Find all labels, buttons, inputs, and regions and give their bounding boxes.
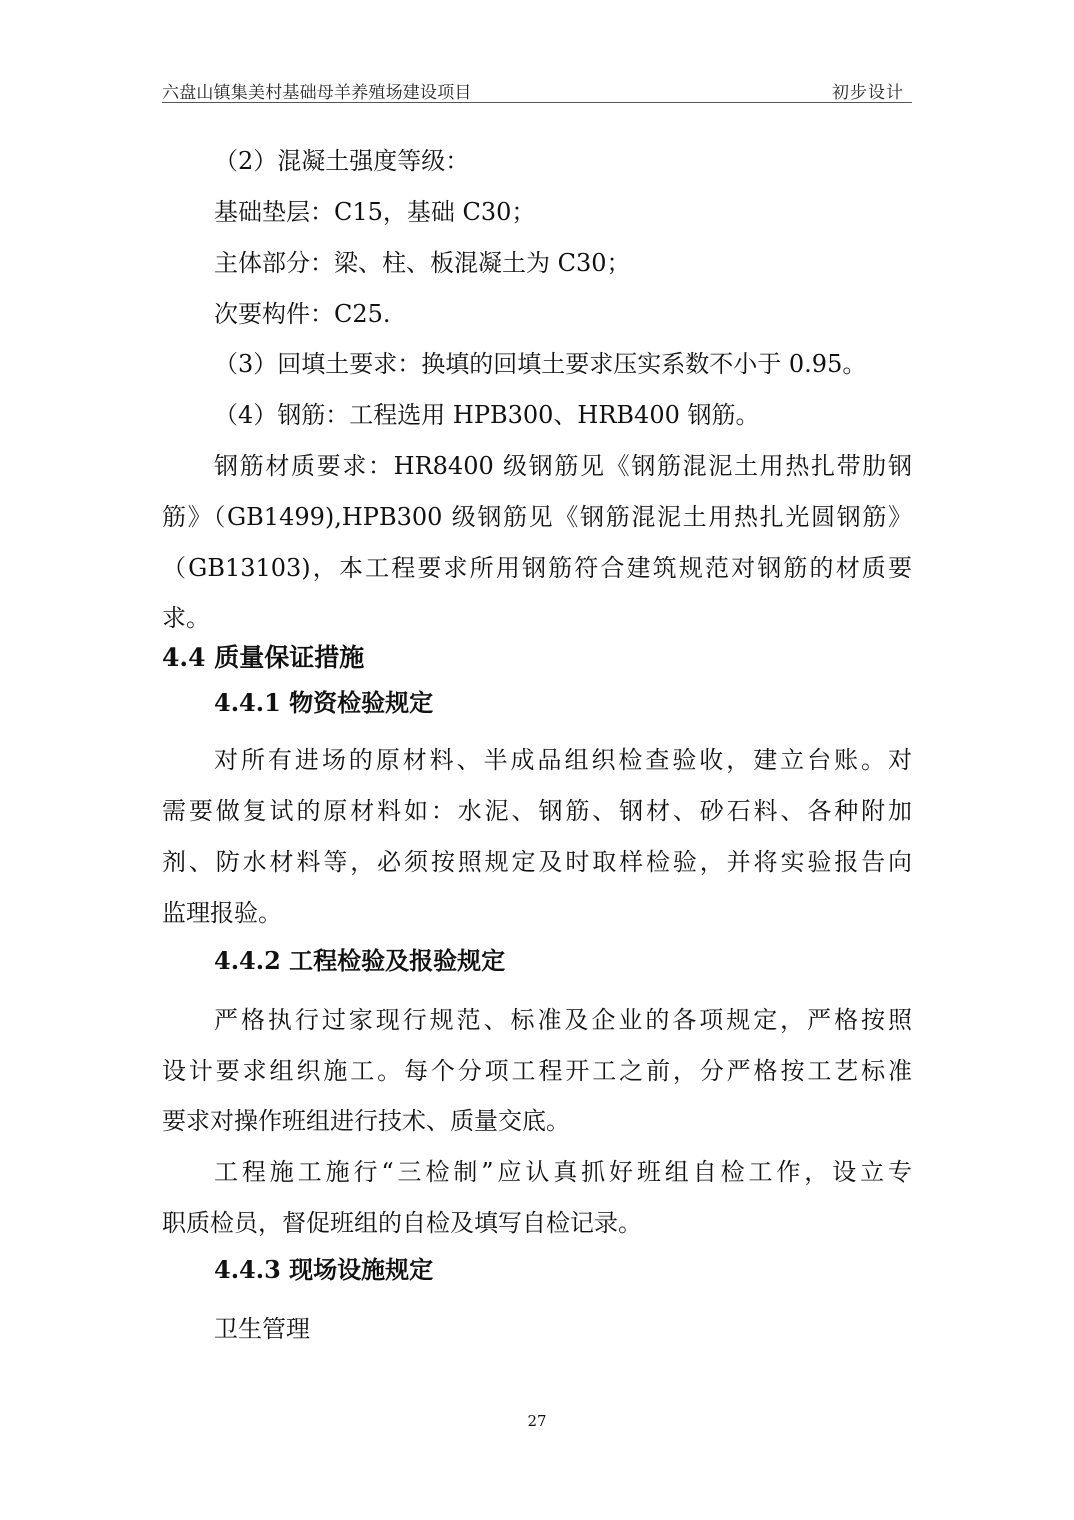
main-structure-line: 主体部分：梁、柱、板混凝土为 C30；	[214, 248, 631, 278]
page-header: 六盘山镇集美村基础母羊养殖场建设项目 初步设计	[162, 76, 912, 103]
subsection-heading-4-4-3: 4.4.3 现场设施规定	[214, 1255, 433, 1285]
foundation-cushion-line: 基础垫层：C15，基础 C30；	[214, 197, 535, 227]
subsection-heading-4-4-2: 4.4.2 工程检验及报验规定	[214, 946, 505, 976]
design-stage-label: 初步设计	[832, 78, 904, 103]
three-check-line-1: 工程施工施行“三检制”应认真抓好班组自检工作，设立专	[214, 1157, 912, 1187]
secondary-members-line: 次要构件：C25.	[214, 299, 391, 329]
material-inspection-line-3: 剂、防水材料等，必须按照规定及时取样检验，并将实验报告向	[162, 847, 912, 877]
backfill-item: （3）回填土要求：换填的回填土要求压实系数不小于 0.95。	[214, 349, 866, 379]
document-title: 六盘山镇集美村基础母羊养殖场建设项目	[162, 78, 472, 103]
rebar-material-line-1: 钢筋材质要求：HR8400 级钢筋见《钢筋混泥土用热扎带肋钢	[214, 451, 912, 481]
subsection-heading-4-4-1: 4.4.1 物资检验规定	[214, 688, 433, 718]
rebar-item: （4）钢筋：工程选用 HPB300、HRB400 钢筋。	[214, 400, 760, 430]
concrete-grade-item: （2）混凝土强度等级：	[214, 146, 469, 176]
hygiene-management-line: 卫生管理	[214, 1314, 310, 1344]
material-inspection-line-1: 对所有进场的原材料、半成品组织检查验收，建立台账。对	[214, 745, 912, 775]
material-inspection-line-2: 需要做复试的原材料如：水泥、钢筋、钢材、砂石料、各种附加	[162, 796, 912, 826]
engineering-inspection-line-2: 设计要求组织施工。每个分项工程开工之前，分严格按工艺标准	[162, 1056, 912, 1086]
engineering-inspection-line-3: 要求对操作班组进行技术、质量交底。	[162, 1106, 570, 1136]
rebar-material-line-2: 筋》（GB1499),HPB300 级钢筋见《钢筋混泥土用热扎光圆钢筋》	[162, 502, 912, 532]
rebar-material-line-4: 求。	[162, 603, 210, 633]
material-inspection-line-4: 监理报验。	[162, 898, 282, 928]
section-heading-4-4: 4.4 质量保证措施	[162, 643, 364, 673]
engineering-inspection-line-1: 严格执行过家现行规范、标准及企业的各项规定，严格按照	[214, 1005, 912, 1035]
three-check-line-2: 职质检员，督促班组的自检及填写自检记录。	[162, 1208, 642, 1238]
page-number: 27	[0, 1412, 1074, 1430]
rebar-material-line-3: （GB13103)，本工程要求所用钢筋符合建筑规范对钢筋的材质要	[162, 553, 912, 583]
